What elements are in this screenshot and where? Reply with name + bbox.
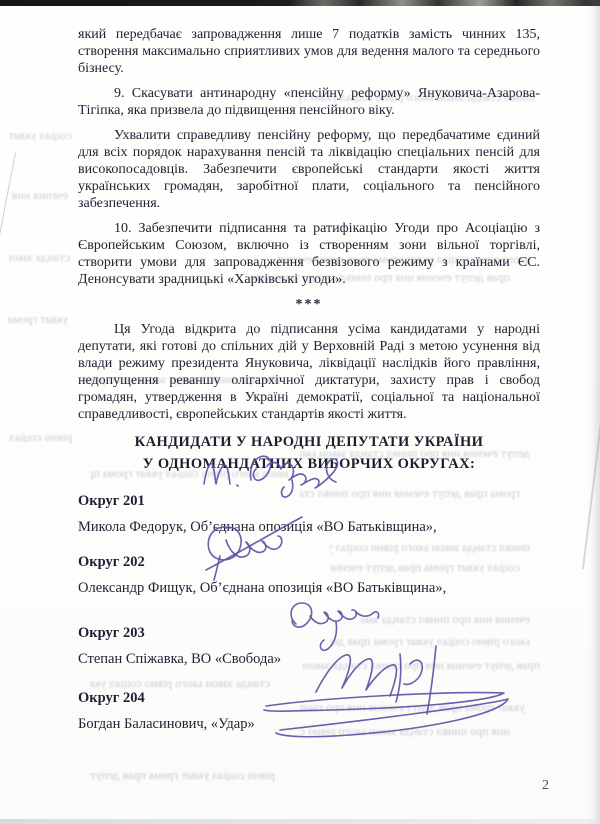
- district-203-candidate: Степан Спіжавка, ВО «Свобода»: [78, 651, 540, 668]
- candidates-heading: КАНДИДАТИ У НАРОДНІ ДЕПУТАТИ УКРАЇНИ У О…: [78, 431, 540, 475]
- bleedthrough-line: рівно соціал укват грома прав депут ечен…: [90, 768, 275, 783]
- district-204: Округ 204 Богдан Баласинович, «Удар»: [78, 690, 540, 733]
- document-text-block: який передбачає запровадження лише 7 под…: [78, 26, 540, 733]
- bleedthrough-line: укват грома прав депут ечення ння про пн…: [8, 312, 68, 327]
- scanned-page: пннвл станда закон ького рівно соціал ук…: [0, 0, 600, 824]
- district-204-candidate: Богдан Баласинович, «Удар»: [78, 716, 540, 733]
- candidates-heading-line1: КАНДИДАТИ У НАРОДНІ ДЕПУТАТИ УКРАЇНИ: [78, 431, 540, 453]
- district-201-label: Округ 201: [78, 493, 540, 510]
- paragraph-pension-reform: Ухвалити справедливу пенсійну реформу, щ…: [78, 127, 540, 212]
- candidates-heading-line2: У ОДНОМАНДАТНИХ ВИБОРЧИХ ОКРУГАХ:: [78, 453, 540, 475]
- district-201-candidate: Микола Федорук, Об’єднана опозиція «ВО Б…: [78, 519, 540, 536]
- district-202-label: Округ 202: [78, 554, 540, 571]
- district-204-label: Округ 204: [78, 690, 540, 707]
- district-202: Округ 202 Олександр Фищук, Об’єднана опо…: [78, 554, 540, 597]
- paragraph-continued: який передбачає запровадження лише 7 под…: [78, 26, 540, 77]
- scan-edge-top: [0, 0, 600, 6]
- bleedthrough-line: соціал укват грома прав депут ечення ння…: [8, 128, 72, 143]
- paragraph-point-10: 10. Забезпечити підписання та ратифікаці…: [78, 220, 540, 288]
- district-203: Округ 203 Степан Спіжавка, ВО «Свобода»: [78, 625, 540, 668]
- scan-edge-bottom: [0, 819, 600, 824]
- page-edge-shadow: [586, 0, 600, 824]
- district-201: Округ 201 Микола Федорук, Об’єднана опоз…: [78, 493, 540, 536]
- paragraph-point-9: 9. Скасувати антинародну «пенсійну рефор…: [78, 85, 540, 119]
- bleedthrough-line: станда закон ького рівно соціал укват гр…: [8, 250, 70, 265]
- bleedthrough-line: ечення ння про пннвл станда закон ького …: [8, 188, 68, 203]
- district-203-label: Округ 203: [78, 625, 540, 642]
- asterisk-separator: ***: [78, 296, 540, 313]
- bleedthrough-line: рівно соціал укват грома прав депут ечен…: [8, 430, 72, 445]
- paragraph-agreement-open: Ця Угода відкрита до підписання усіма ка…: [78, 321, 540, 423]
- scan-scratch: [0, 153, 16, 236]
- page-number: 2: [542, 778, 549, 794]
- district-202-candidate: Олександр Фищук, Об’єднана опозиція «ВО …: [78, 580, 540, 597]
